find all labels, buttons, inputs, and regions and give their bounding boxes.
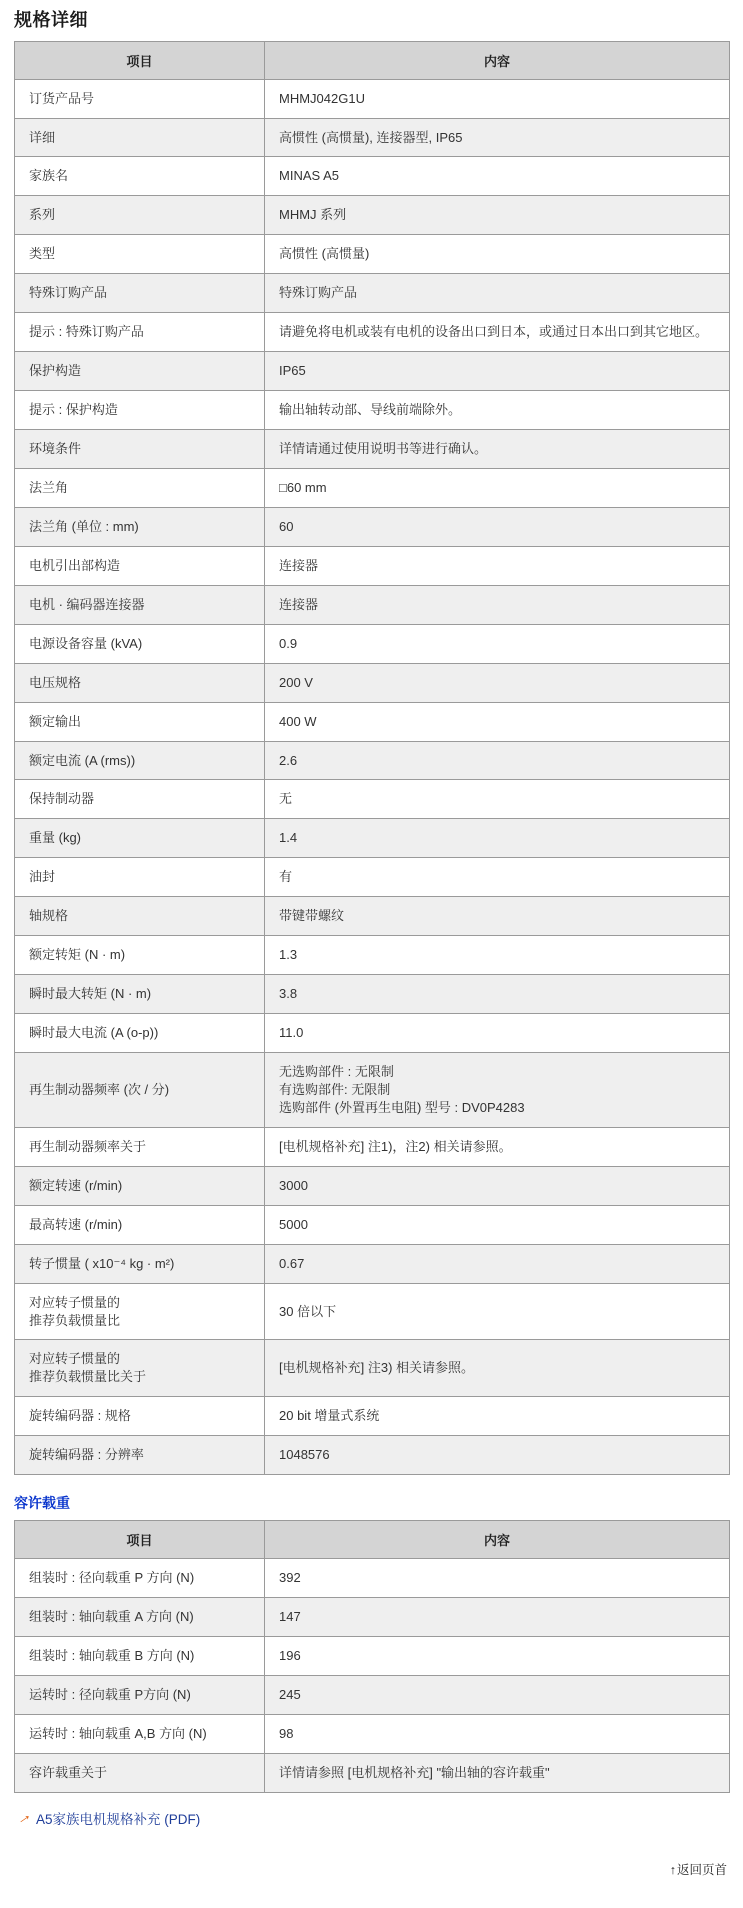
table-row: 旋转编码器 : 分辨率1048576 [15,1436,730,1475]
table-row: 电压规格200 V [15,663,730,702]
spec-col-header-item: 项目 [15,41,265,79]
content-cell: 400 W [265,702,730,741]
item-cell: 组装时 : 轴向载重 A 方向 (N) [15,1598,265,1637]
content-cell: 11.0 [265,1014,730,1053]
table-row: 额定转速 (r/min)3000 [15,1166,730,1205]
spec-table-header-row: 项目 内容 [15,41,730,79]
pdf-link-row: → A5家族电机规格补充 (PDF) [16,1808,729,1828]
item-cell: 重量 (kg) [15,819,265,858]
table-row: 组装时 : 径向载重 P 方向 (N)392 [15,1559,730,1598]
item-cell: 电机引出部构造 [15,546,265,585]
table-row: 额定转矩 (N · m)1.3 [15,936,730,975]
table-row: 重量 (kg)1.4 [15,819,730,858]
item-cell: 运转时 : 轴向载重 A,B 方向 (N) [15,1714,265,1753]
content-cell: IP65 [265,352,730,391]
pdf-link[interactable]: A5家族电机规格补充 (PDF) [36,1808,200,1828]
table-row: 家族名MINAS A5 [15,157,730,196]
table-row: 详细高惯性 (高惯量), 连接器型, IP65 [15,118,730,157]
table-row: 容许载重关于详情请参照 [电机规格补充] "输出轴的容许载重" [15,1753,730,1792]
arrow-right-icon: → [12,1806,35,1829]
item-cell: 订货产品号 [15,79,265,118]
content-cell: 196 [265,1637,730,1676]
table-row: 法兰角□60 mm [15,468,730,507]
item-cell: 再生制动器频率关于 [15,1127,265,1166]
item-cell: 对应转子惯量的 推荐负载惯量比关于 [15,1340,265,1397]
table-row: 转子惯量 ( x10⁻⁴ kg · m²)0.67 [15,1244,730,1283]
item-cell: 对应转子惯量的 推荐负载惯量比 [15,1283,265,1340]
table-row: 特殊订购产品特殊订购产品 [15,274,730,313]
table-row: 再生制动器频率关于[电机规格补充] 注1)，注2) 相关请参照。 [15,1127,730,1166]
item-cell: 再生制动器频率 (次 / 分) [15,1053,265,1128]
table-row: 对应转子惯量的 推荐负载惯量比关于[电机规格补充] 注3) 相关请参照。 [15,1340,730,1397]
content-cell: 无 [265,780,730,819]
content-cell: 高惯性 (高惯量), 连接器型, IP65 [265,118,730,157]
content-cell: MHMJ042G1U [265,79,730,118]
item-cell: 油封 [15,858,265,897]
table-row: 轴规格带键带螺纹 [15,897,730,936]
table-row: 系列MHMJ 系列 [15,196,730,235]
item-cell: 瞬时最大电流 (A (o-p)) [15,1014,265,1053]
item-cell: 额定输出 [15,702,265,741]
load-table-header-row: 项目 内容 [15,1521,730,1559]
item-cell: 瞬时最大转矩 (N · m) [15,975,265,1014]
spec-col-header-content: 内容 [265,41,730,79]
table-row: 环境条件详情请通过使用说明书等进行确认。 [15,430,730,469]
spec-detail-table: 项目 内容 订货产品号MHMJ042G1U详细高惯性 (高惯量), 连接器型, … [14,41,730,1476]
item-cell: 容许载重关于 [15,1753,265,1792]
table-row: 电机 · 编码器连接器连接器 [15,585,730,624]
content-cell: 详情请通过使用说明书等进行确认。 [265,430,730,469]
content-cell: 60 [265,507,730,546]
item-cell: 提示 : 保护构造 [15,391,265,430]
load-col-header-content: 内容 [265,1521,730,1559]
content-cell: 1048576 [265,1436,730,1475]
item-cell: 旋转编码器 : 分辨率 [15,1436,265,1475]
load-col-header-item: 项目 [15,1521,265,1559]
content-cell: 带键带螺纹 [265,897,730,936]
item-cell: 详细 [15,118,265,157]
content-cell: 392 [265,1559,730,1598]
item-cell: 环境条件 [15,430,265,469]
content-cell: 245 [265,1676,730,1715]
item-cell: 保持制动器 [15,780,265,819]
table-row: 保持制动器无 [15,780,730,819]
item-cell: 系列 [15,196,265,235]
table-row: 瞬时最大转矩 (N · m)3.8 [15,975,730,1014]
content-cell: 连接器 [265,585,730,624]
table-row: 额定输出400 W [15,702,730,741]
back-to-top-link[interactable]: ↑返回页首 [670,1863,727,1877]
item-cell: 运转时 : 径向载重 P方向 (N) [15,1676,265,1715]
table-row: 订货产品号MHMJ042G1U [15,79,730,118]
table-row: 对应转子惯量的 推荐负载惯量比30 倍以下 [15,1283,730,1340]
table-row: 运转时 : 径向载重 P方向 (N)245 [15,1676,730,1715]
content-cell: 1.4 [265,819,730,858]
content-cell: 98 [265,1714,730,1753]
content-cell: 高惯性 (高惯量) [265,235,730,274]
content-cell: [电机规格补充] 注3) 相关请参照。 [265,1340,730,1397]
table-row: 保护构造IP65 [15,352,730,391]
item-cell: 电机 · 编码器连接器 [15,585,265,624]
content-cell: MINAS A5 [265,157,730,196]
content-cell: 详情请参照 [电机规格补充] "输出轴的容许载重" [265,1753,730,1792]
content-cell: 3000 [265,1166,730,1205]
content-cell: 特殊订购产品 [265,274,730,313]
table-row: 组装时 : 轴向载重 B 方向 (N)196 [15,1637,730,1676]
item-cell: 家族名 [15,157,265,196]
table-row: 提示 : 保护构造输出轴转动部、导线前端除外。 [15,391,730,430]
content-cell: 请避免将电机或装有电机的设备出口到日本，或通过日本出口到其它地区。 [265,313,730,352]
table-row: 运转时 : 轴向载重 A,B 方向 (N)98 [15,1714,730,1753]
content-cell: 200 V [265,663,730,702]
item-cell: 额定转速 (r/min) [15,1166,265,1205]
page-title: 规格详细 [14,10,729,32]
content-cell: 1.3 [265,936,730,975]
table-row: 额定电流 (A (rms))2.6 [15,741,730,780]
table-row: 组装时 : 轴向载重 A 方向 (N)147 [15,1598,730,1637]
item-cell: 类型 [15,235,265,274]
item-cell: 转子惯量 ( x10⁻⁴ kg · m²) [15,1244,265,1283]
item-cell: 组装时 : 轴向载重 B 方向 (N) [15,1637,265,1676]
table-row: 旋转编码器 : 规格20 bit 增量式系统 [15,1397,730,1436]
item-cell: 额定转矩 (N · m) [15,936,265,975]
back-to-top-label: 返回页首 [677,1863,727,1877]
content-cell: 2.6 [265,741,730,780]
item-cell: 额定电流 (A (rms)) [15,741,265,780]
item-cell: 法兰角 [15,468,265,507]
content-cell: 有 [265,858,730,897]
table-row: 法兰角 (单位 : mm)60 [15,507,730,546]
item-cell: 电压规格 [15,663,265,702]
table-row: 电源设备容量 (kVA)0.9 [15,624,730,663]
item-cell: 组装时 : 径向载重 P 方向 (N) [15,1559,265,1598]
content-cell: 30 倍以下 [265,1283,730,1340]
item-cell: 最高转速 (r/min) [15,1205,265,1244]
content-cell: 输出轴转动部、导线前端除外。 [265,391,730,430]
content-cell: [电机规格补充] 注1)，注2) 相关请参照。 [265,1127,730,1166]
spec-page: 规格详细 项目 内容 订货产品号MHMJ042G1U详细高惯性 (高惯量), 连… [0,0,743,1908]
content-cell: MHMJ 系列 [265,196,730,235]
table-row: 瞬时最大电流 (A (o-p))11.0 [15,1014,730,1053]
content-cell: 0.67 [265,1244,730,1283]
arrow-up-icon: ↑ [670,1863,676,1877]
item-cell: 提示 : 特殊订购产品 [15,313,265,352]
table-row: 油封有 [15,858,730,897]
content-cell: 连接器 [265,546,730,585]
allowable-load-table: 项目 内容 组装时 : 径向载重 P 方向 (N)392组装时 : 轴向载重 A… [14,1520,730,1793]
item-cell: 轴规格 [15,897,265,936]
back-to-top-row: ↑返回页首 [14,1860,729,1878]
content-cell: 20 bit 增量式系统 [265,1397,730,1436]
item-cell: 旋转编码器 : 规格 [15,1397,265,1436]
item-cell: 保护构造 [15,352,265,391]
content-cell: 5000 [265,1205,730,1244]
item-cell: 法兰角 (单位 : mm) [15,507,265,546]
item-cell: 电源设备容量 (kVA) [15,624,265,663]
table-row: 再生制动器频率 (次 / 分)无选购部件 : 无限制 有选购部件: 无限制 选购… [15,1053,730,1128]
content-cell: 无选购部件 : 无限制 有选购部件: 无限制 选购部件 (外置再生电阻) 型号 … [265,1053,730,1128]
content-cell: 3.8 [265,975,730,1014]
table-row: 类型高惯性 (高惯量) [15,235,730,274]
table-row: 提示 : 特殊订购产品请避免将电机或装有电机的设备出口到日本，或通过日本出口到其… [15,313,730,352]
content-cell: 0.9 [265,624,730,663]
content-cell: □60 mm [265,468,730,507]
table-row: 最高转速 (r/min)5000 [15,1205,730,1244]
table-row: 电机引出部构造连接器 [15,546,730,585]
allowable-load-heading: 容许载重 [14,1493,729,1513]
item-cell: 特殊订购产品 [15,274,265,313]
content-cell: 147 [265,1598,730,1637]
